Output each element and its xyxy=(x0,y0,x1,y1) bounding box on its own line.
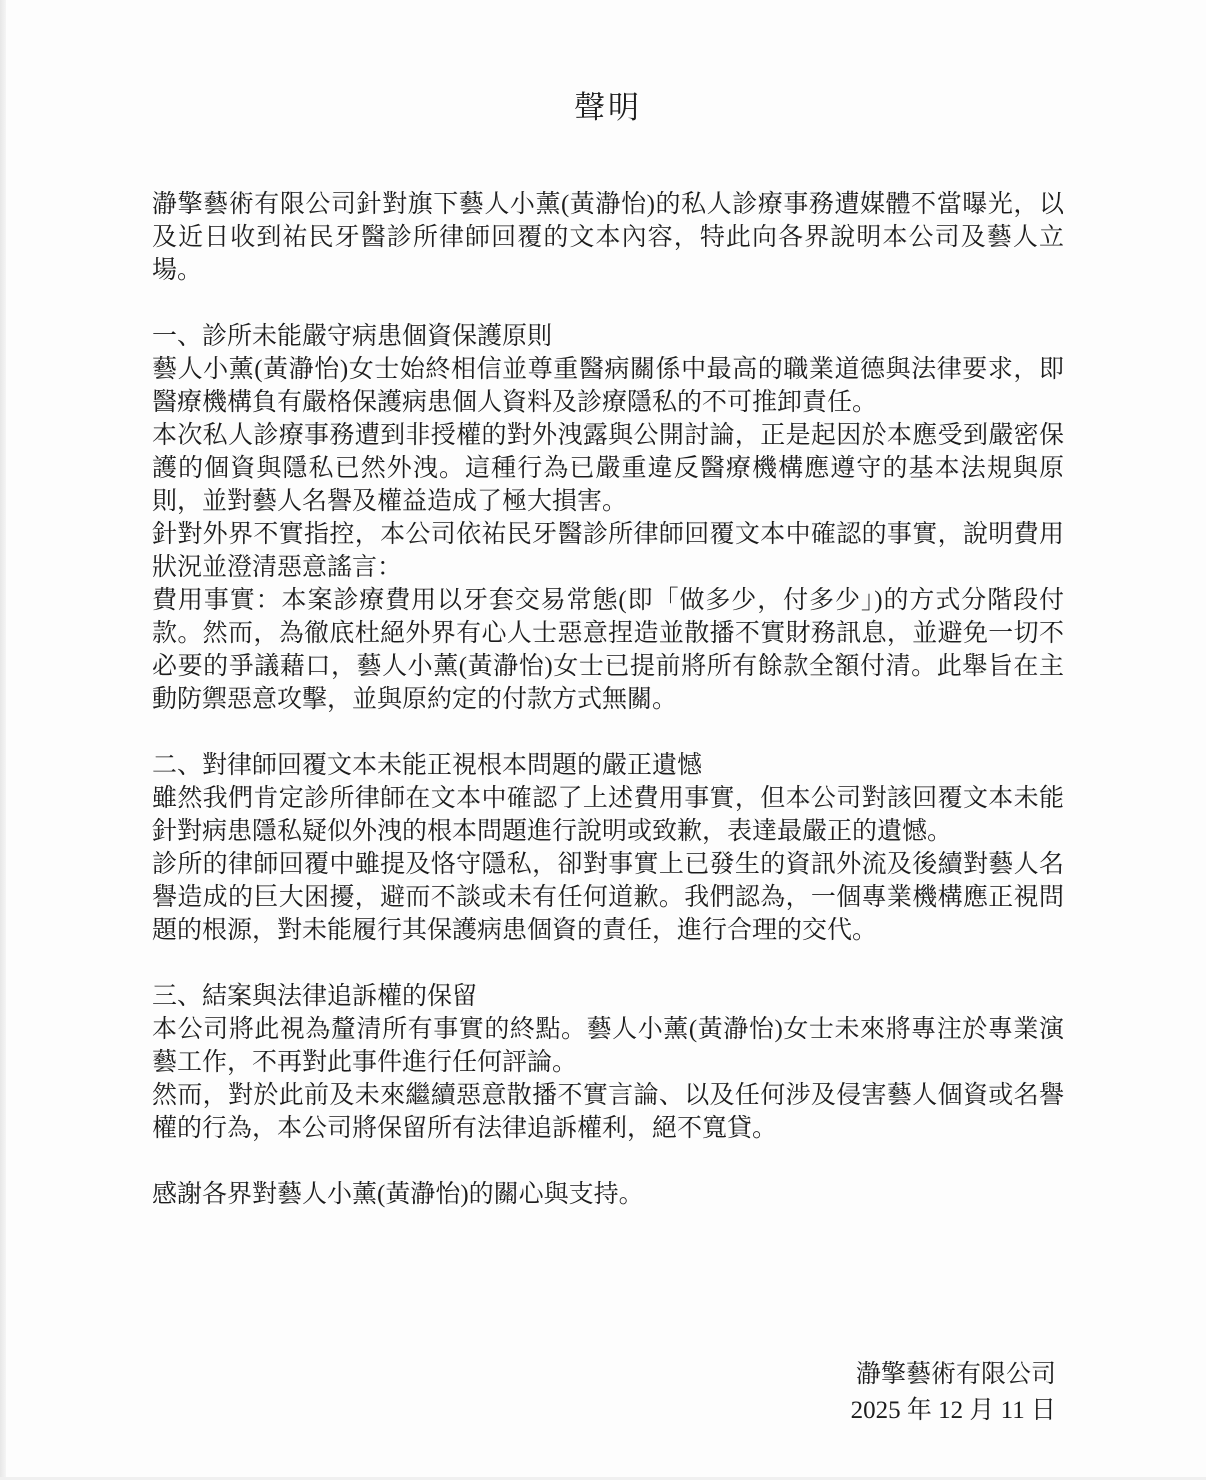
statement-title: 聲明 xyxy=(152,90,1064,126)
section-3-heading: 三、結案與法律追訴權的保留 xyxy=(152,980,1064,1013)
section-1-paragraph-1: 藝人小薰(黃瀞怡)女士始終相信並尊重醫病關係中最高的職業道德與法律要求，即醫療機… xyxy=(152,353,1064,419)
signature-date: 2025 年 12 月 11 日 xyxy=(152,1393,1056,1429)
signature-block: 瀞擎藝術有限公司 2025 年 12 月 11 日 xyxy=(152,1357,1064,1429)
section-1-heading: 一、診所未能嚴守病患個資保護原則 xyxy=(152,320,1064,353)
section-1-paragraph-3: 針對外界不實指控，本公司依祐民牙醫診所律師回覆文本中確認的事實，說明費用狀況並澄… xyxy=(152,518,1064,584)
section-1-paragraph-2: 本次私人診療事務遭到非授權的對外洩露與公開討論，正是起因於本應受到嚴密保護的個資… xyxy=(152,419,1064,518)
signature-company: 瀞擎藝術有限公司 xyxy=(152,1357,1056,1393)
section-1: 一、診所未能嚴守病患個資保護原則 藝人小薰(黃瀞怡)女士始終相信並尊重醫病關係中… xyxy=(152,320,1064,716)
section-2-paragraph-1: 雖然我們肯定診所律師在文本中確認了上述費用事實，但本公司對該回覆文本未能針對病患… xyxy=(152,782,1064,848)
closing-paragraph: 感謝各界對藝人小薰(黃瀞怡)的關心與支持。 xyxy=(152,1178,1064,1211)
section-2-heading: 二、對律師回覆文本未能正視根本問題的嚴正遺憾 xyxy=(152,749,1064,782)
section-2-paragraph-2: 診所的律師回覆中雖提及恪守隱私，卻對事實上已發生的資訊外流及後續對藝人名譽造成的… xyxy=(152,848,1064,947)
statement-document: 聲明 瀞擎藝術有限公司針對旗下藝人小薰(黃瀞怡)的私人診療事務遭媒體不當曝光，以… xyxy=(0,0,1206,1429)
page-left-edge-shadow xyxy=(0,0,6,1480)
section-3-paragraph-2: 然而，對於此前及未來繼續惡意散播不實言論、以及任何涉及侵害藝人個資或名譽權的行為… xyxy=(152,1079,1064,1145)
section-3-paragraph-1: 本公司將此視為釐清所有事實的終點。藝人小薰(黃瀞怡)女士未來將專注於專業演藝工作… xyxy=(152,1013,1064,1079)
section-1-paragraph-4: 費用事實：本案診療費用以牙套交易常態(即「做多少，付多少」)的方式分階段付款。然… xyxy=(152,584,1064,716)
section-2: 二、對律師回覆文本未能正視根本問題的嚴正遺憾 雖然我們肯定診所律師在文本中確認了… xyxy=(152,749,1064,947)
section-3: 三、結案與法律追訴權的保留 本公司將此視為釐清所有事實的終點。藝人小薰(黃瀞怡)… xyxy=(152,980,1064,1145)
intro-paragraph: 瀞擎藝術有限公司針對旗下藝人小薰(黃瀞怡)的私人診療事務遭媒體不當曝光，以及近日… xyxy=(152,188,1064,287)
